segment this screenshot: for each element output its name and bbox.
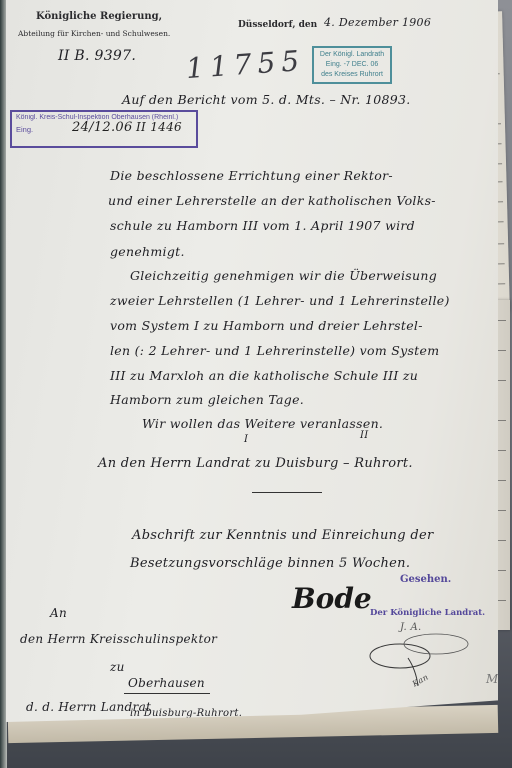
binding-edge (0, 0, 7, 768)
addressee-line: An den Herrn Landrat zu Duisburg – Ruhro… (98, 456, 413, 471)
text-line: Die beschlossene Errichtung einer Rektor… (110, 168, 393, 183)
stamp-line-1: Der Königl. Landrath (317, 50, 387, 60)
recipient-line-2: den Herrn Kreisschulinspektor (20, 632, 217, 646)
date-handwritten: 4. Dezember 1906 (324, 16, 431, 29)
reference-line: Auf den Bericht vom 5. d. Mts. – Nr. 108… (122, 92, 411, 107)
stamp-received-number: II 1446 (136, 120, 182, 134)
paraph-scribble-icon (366, 630, 476, 700)
copy-note-line-2: Besetzungsvorschläge binnen 5 Wochen. (130, 556, 410, 571)
journal-number: 11755 (185, 44, 306, 85)
copy-note-line-1: Abschrift zur Kenntnis und Einreichung d… (132, 528, 433, 543)
text-line: Gleichzeitig genehmigen wir die Überweis… (130, 268, 437, 283)
text-line: schule zu Hamborn III vom 1. April 1907 … (110, 218, 415, 233)
school-inspection-stamp: Königl. Kreis-Schul-Inspektion Oberhause… (10, 110, 198, 148)
seen-stamp: Gesehen. (400, 574, 451, 585)
text-line: vom System I zu Hamborn und dreier Lehrs… (110, 318, 423, 333)
recipient-line-3: zu (110, 660, 125, 674)
corner-mark: M (486, 672, 499, 686)
landrat-receipt-stamp: Der Königl. Landrath Eing. -7 DEC. 06 de… (312, 46, 392, 84)
stamp-line-2: Eing. -7 DEC. 06 (317, 60, 387, 70)
text-line: len (: 2 Lehrer- und 1 Lehrerinstelle) v… (110, 343, 439, 358)
recipient-underline-1 (124, 693, 210, 694)
text-line: und einer Lehrerstelle an der katholisch… (108, 193, 436, 208)
divider-rule (252, 492, 322, 493)
place-label: Düsseldorf, den (238, 20, 317, 30)
text-line: genehmigt. (110, 244, 185, 259)
text-line: zweier Lehrstellen (1 Lehrer- und 1 Lehr… (110, 293, 450, 308)
authority-heading: Königliche Regierung, (36, 11, 162, 22)
recipient-line-1: An (50, 606, 67, 620)
landrat-authority-stamp: Der Königliche Landrat. (370, 608, 485, 618)
signature: Bode (292, 582, 372, 615)
text-line: Hamborn zum gleichen Tage. (110, 392, 304, 407)
recipient-line-4: Oberhausen (128, 676, 205, 690)
stamp-received-label: Eing. (16, 125, 33, 134)
text-line: III zu Marxloh an die katholische Schule… (110, 368, 418, 383)
department-heading: Abteilung für Kirchen- und Schulwesen. (18, 29, 170, 38)
stamp-received-date: 24/12.06 (72, 120, 133, 135)
document-page: Königliche Regierung, Abteilung für Kirc… (6, 0, 498, 722)
stamp-line-3: des Kreises Ruhrort (317, 70, 387, 80)
mark-one: I (244, 434, 248, 445)
mark-two: II (360, 430, 369, 441)
reference-number: II B. 9397. (58, 48, 136, 64)
instruction-line: Wir wollen das Weitere veranlassen. (142, 416, 383, 431)
